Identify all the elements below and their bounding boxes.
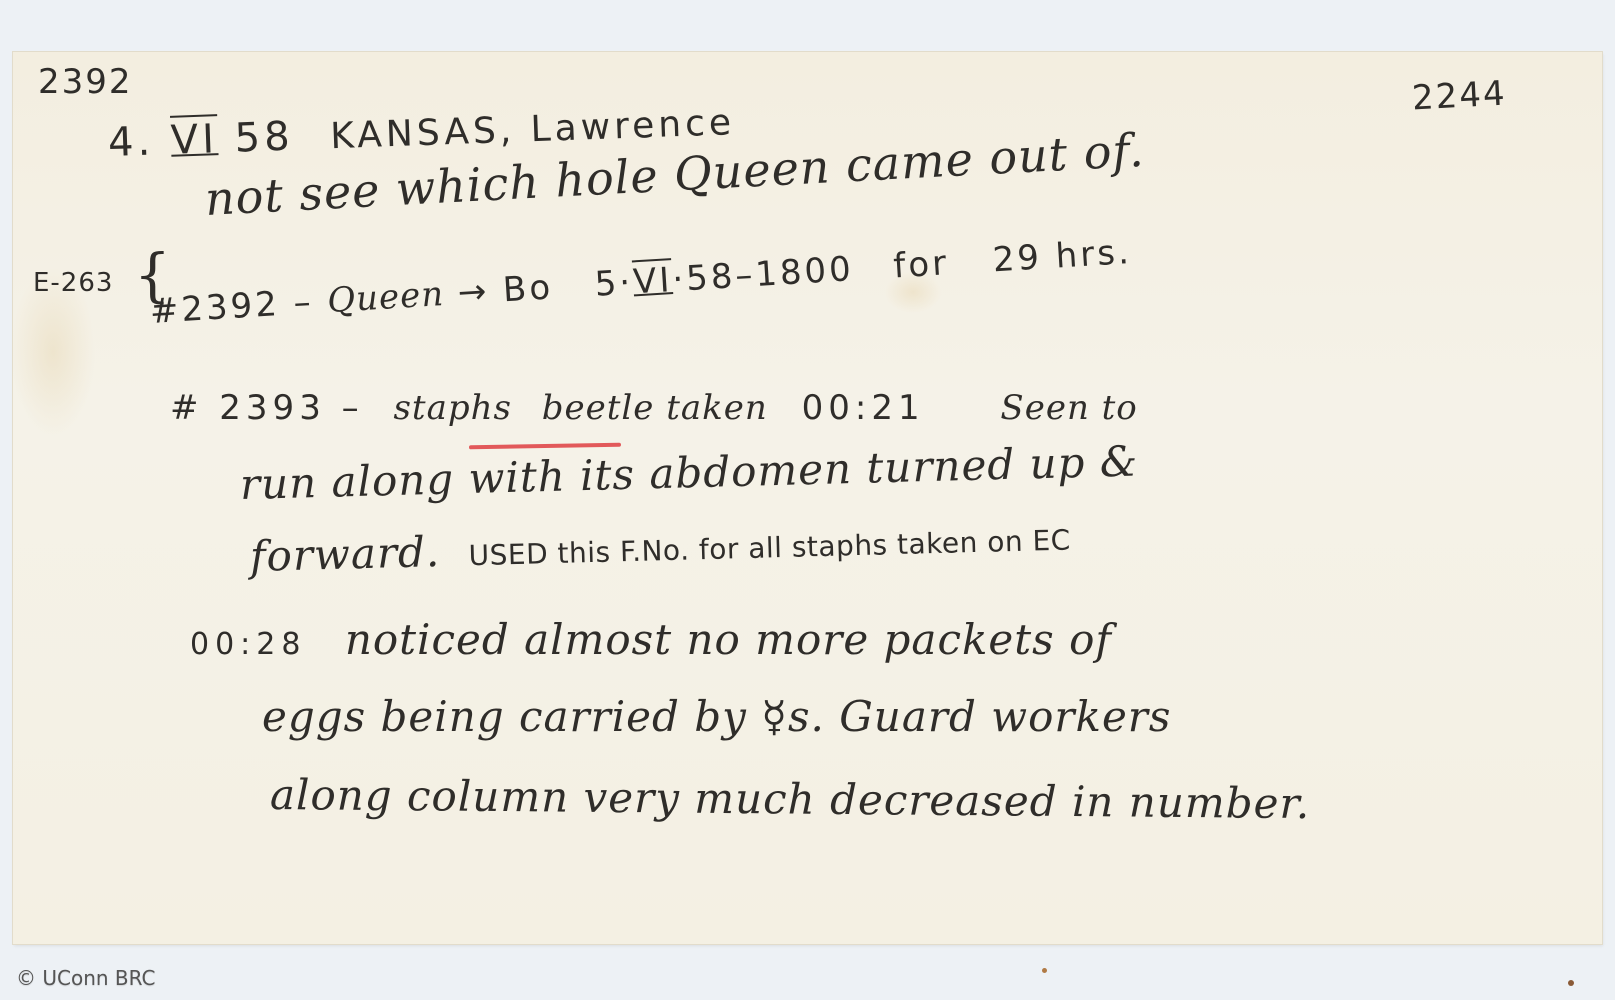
arrow-bo: → Bo [457, 267, 555, 313]
noticed-text: noticed almost no more packets of [345, 615, 1112, 664]
specimen-2393-line: # 2393 – staphs beetle taken 00:21 Seen … [170, 388, 1138, 428]
staphs-word: staphs [393, 388, 512, 428]
seen-to: Seen to [1000, 388, 1137, 428]
eggs-line: eggs being carried by ☿s. Guard workers [262, 692, 1171, 741]
date-day: 4. [107, 118, 155, 166]
specimen-number-2393: # 2393 – [170, 388, 364, 428]
duration: 29 hrs. [992, 232, 1133, 280]
dust-speck [1568, 980, 1574, 986]
forward-word: forward. [249, 527, 440, 581]
catalog-number-top-right: 2244 [1411, 74, 1507, 119]
beetle-taken: beetle taken [542, 388, 768, 428]
copyright-notice: © UConn BRC [16, 966, 156, 990]
time-0021: 00:21 [802, 388, 925, 428]
date-month-roman: VI [632, 260, 674, 302]
time-0028: 00:28 [190, 627, 306, 662]
column-line: along column very much decreased in numb… [270, 770, 1311, 828]
viewer-stage: 2392 2244 4. VI 58 KANSAS, Lawrence not … [0, 0, 1615, 1000]
queen-word: Queen [326, 274, 445, 321]
margin-note-e263: E-263 [33, 268, 113, 298]
date-year: 58 [234, 114, 294, 162]
time-0028-line: 00:28 noticed almost no more packets of [190, 615, 1112, 664]
date-day: 5· [594, 262, 635, 304]
dust-speck [1042, 968, 1047, 973]
date-month-roman: VI [170, 116, 219, 164]
catalog-number-top-left: 2392 [38, 62, 133, 102]
for-word: for [892, 243, 950, 286]
